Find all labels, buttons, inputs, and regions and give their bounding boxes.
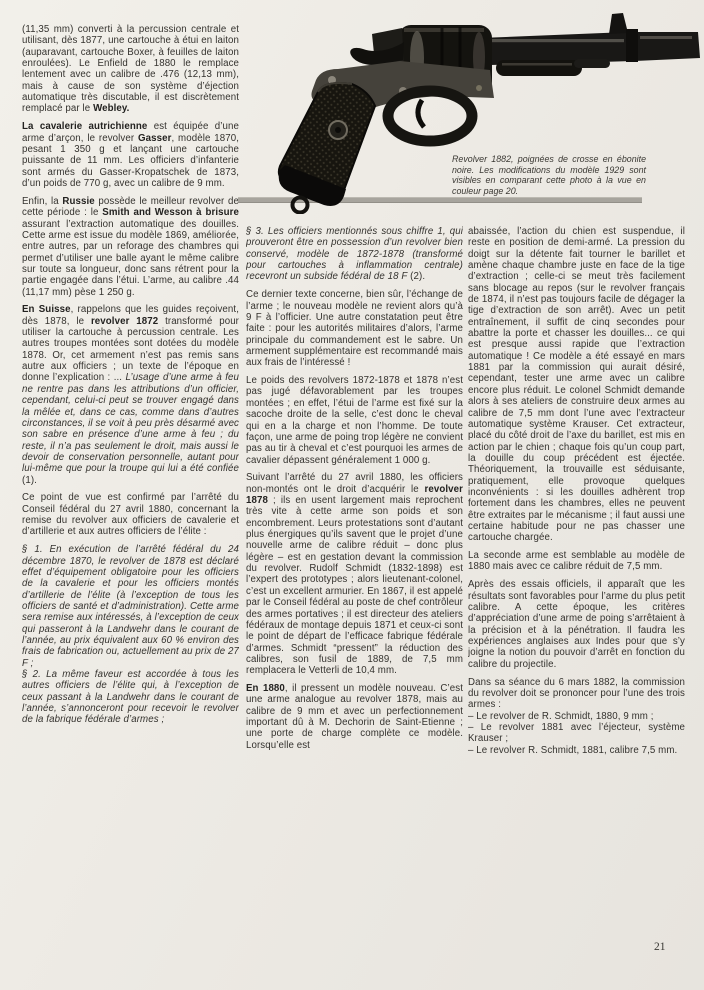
paragraph: Enfin, la Russie possède le meilleur rev… — [22, 196, 239, 298]
paragraph: Le poids des revolvers 1872-1878 et 1878… — [246, 375, 463, 466]
paragraph: – Le revolver 1881 avec l’éjecteur, syst… — [468, 722, 685, 745]
paragraph: (11,35 mm) converti à la percussion cent… — [22, 24, 239, 115]
paragraph: abaissée, l’action du chien est suspendu… — [468, 226, 685, 544]
column-right: abaissée, l’action du chien est suspendu… — [468, 226, 685, 958]
paragraph: Après des essais officiels, il apparaît … — [468, 579, 685, 670]
paragraph: Suivant l’arrêté du 27 avril 1880, les o… — [246, 472, 463, 676]
paragraph: § 1. En exécution de l’arrêté fédéral du… — [22, 544, 239, 669]
column-middle: § 3. Les officiers mentionnés sous chiff… — [246, 226, 463, 958]
paragraph: La seconde arme est semblable au modèle … — [468, 550, 685, 573]
paragraph: § 2. La même faveur est accordée à tous … — [22, 669, 239, 726]
paragraph: Ce point de vue est confirmé par l’arrêt… — [22, 492, 239, 537]
magazine-page: Revolver 1882, poignées de crosse en ébo… — [0, 0, 704, 990]
paragraph: § 3. Les officiers mentionnés sous chiff… — [246, 226, 463, 283]
paragraph: – Le revolver R. Schmidt, 1881, calibre … — [468, 745, 685, 756]
column-left: (11,35 mm) converti à la percussion cent… — [22, 24, 239, 958]
paragraph: La cavalerie autrichienne est équipée d’… — [22, 121, 239, 189]
page-number: 21 — [654, 941, 666, 953]
paragraph: – Le revolver de R. Schmidt, 1880, 9 mm … — [468, 711, 685, 722]
paragraph: Ce dernier texte concerne, bien sûr, l’é… — [246, 289, 463, 368]
paragraph: Dans sa séance du 6 mars 1882, la commis… — [468, 677, 685, 711]
paragraph: En 1880, il pressent un modèle nouveau. … — [246, 683, 463, 751]
paragraph: En Suisse, rappelons que les guides reço… — [22, 304, 239, 486]
photo-caption: Revolver 1882, poignées de crosse en ébo… — [452, 154, 646, 196]
